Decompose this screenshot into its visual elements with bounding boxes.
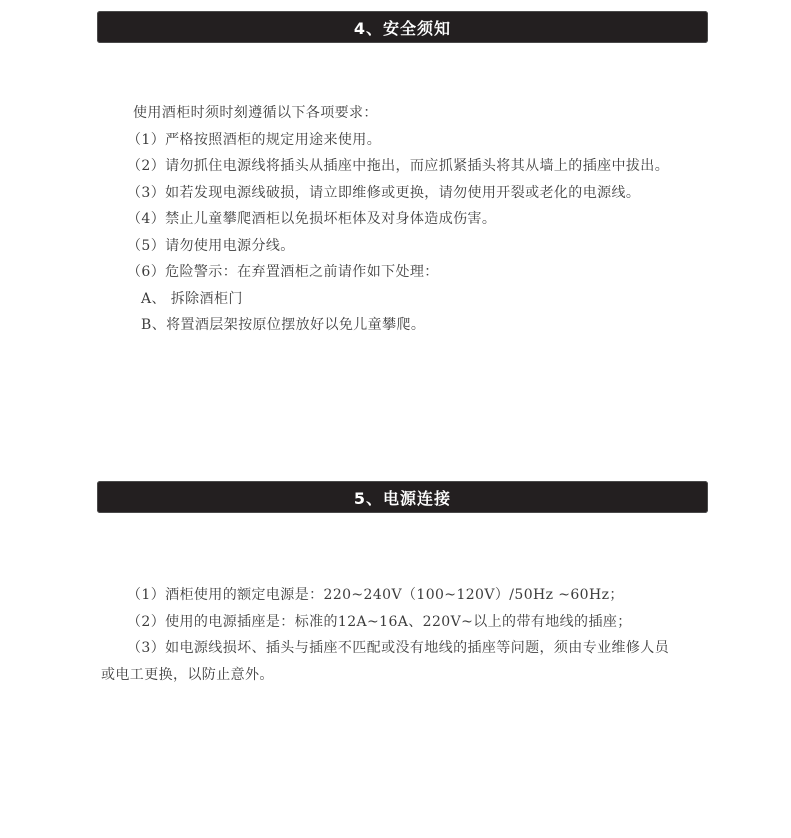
power-item-3-continuation: 或电工更换，以防止意外。	[101, 666, 274, 684]
power-item-2: （2）使用的电源插座是：标准的12A~16A、220V~以上的带有地线的插座；	[127, 613, 632, 631]
power-item-1: （1）酒柜使用的额定电源是：220~240V（100~120V）/50Hz ~6…	[127, 586, 624, 604]
safety-sub-item-b: B、将置酒层架按原位摆放好以免儿童攀爬。	[141, 316, 425, 334]
power-item-3: （3）如电源线损坏、插头与插座不匹配或没有地线的插座等问题，须由专业维修人员	[127, 639, 669, 657]
section-5-title: 5、电源连接	[354, 486, 451, 509]
safety-item-4: （4）禁止儿童攀爬酒柜以免损坏柜体及对身体造成伤害。	[127, 210, 496, 228]
section-4-header: 4、安全须知	[97, 11, 708, 43]
safety-item-3: （3）如若发现电源线破损，请立即维修或更换，请勿使用开裂或老化的电源线。	[127, 184, 640, 202]
safety-item-6: （6）危险警示：在弃置酒柜之前请作如下处理：	[127, 263, 439, 281]
section-4-intro: 使用酒柜时须时刻遵循以下各项要求：	[133, 104, 378, 122]
section-4-title: 4、安全须知	[354, 16, 451, 39]
safety-item-2: （2）请勿抓住电源线将插头从插座中拖出，而应抓紧插头将其从墙上的插座中拔出。	[127, 157, 669, 175]
safety-item-5: （5）请勿使用电源分线。	[127, 237, 295, 255]
section-5-header: 5、电源连接	[97, 481, 708, 513]
safety-item-1: （1）严格按照酒柜的规定用途来使用。	[127, 131, 381, 149]
safety-sub-item-a: A、 拆除酒柜门	[141, 290, 243, 308]
